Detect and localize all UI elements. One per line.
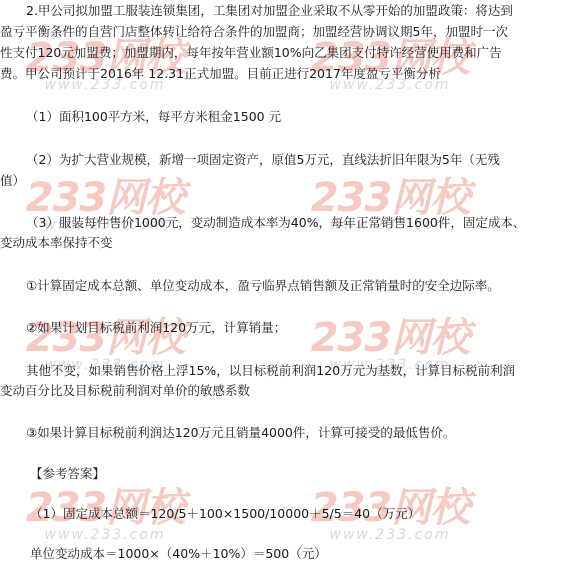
intro-line: 盈亏平衡条件的自营门店整体转让给符合条件的加盟商；加盟经营协调议期5年，加盟时一… (0, 22, 508, 43)
task-2: ②如果计划目标税前利润120万元，计算销量； (0, 318, 286, 339)
task-1: ①计算固定成本总额、单位变动成本，盈亏临界点销售额及正常销量时的安全边际率。 (0, 276, 500, 297)
condition-1: （1）面积100平方米，每平方米租金1500 元 (0, 107, 281, 128)
intro-line: 性支付120元加盟费；加盟期内，每年按年营业额10%向乙集团支付特许经营使用费和… (0, 43, 502, 64)
condition-2-line: 值） (0, 171, 25, 192)
condition-3-line: 变动成本率保持不变 (0, 233, 113, 254)
answer-line-2: 单位变动成本＝1000×（40%＋10%）＝500（元） (0, 544, 327, 565)
intro-line: 2.甲公司拟加盟工服装连锁集团，工集团对加盟企业采取不从零开始的加盟政策：将达到 (0, 1, 513, 22)
task-2b-line: 其他不变，如果销售价格上浮15%，以目标税前利润120万元为基数，计算目标税前利… (0, 361, 515, 382)
condition-2-line: （2）为扩大营业规模，新增一项固定资产，原值5万元，直线法折旧年限为5年（无残 (0, 150, 500, 171)
watermark-url: www.233.com (275, 528, 505, 542)
intro-line: 费。甲公司预计于2016年 12.31正式加盟。目前正进行2017年度盈亏平衡分… (0, 64, 441, 85)
watermark-logo: 233网校 (275, 178, 505, 218)
answer-line-1: （1）固定成本总额＝120/5＋100×1500/10000＋5/5＝40（万元… (0, 504, 420, 525)
condition-3-line: （3）服装每件售价1000元，变动制造成本率为40%，每年正常销售1600件，固… (0, 213, 525, 234)
watermark-url: www.233.com (0, 528, 220, 542)
answer-heading: 【参考答案】 (0, 464, 105, 485)
task-2b-line: 变动百分比及目标税前利润对单价的敏感系数 (0, 381, 250, 402)
task-3: ③如果计算目标税前利润达120万元且销量4000件，计算可接受的最低售价。 (0, 423, 455, 444)
watermark-logo: 233网校 (275, 318, 505, 358)
watermark-logo: 233网校 (0, 178, 220, 218)
